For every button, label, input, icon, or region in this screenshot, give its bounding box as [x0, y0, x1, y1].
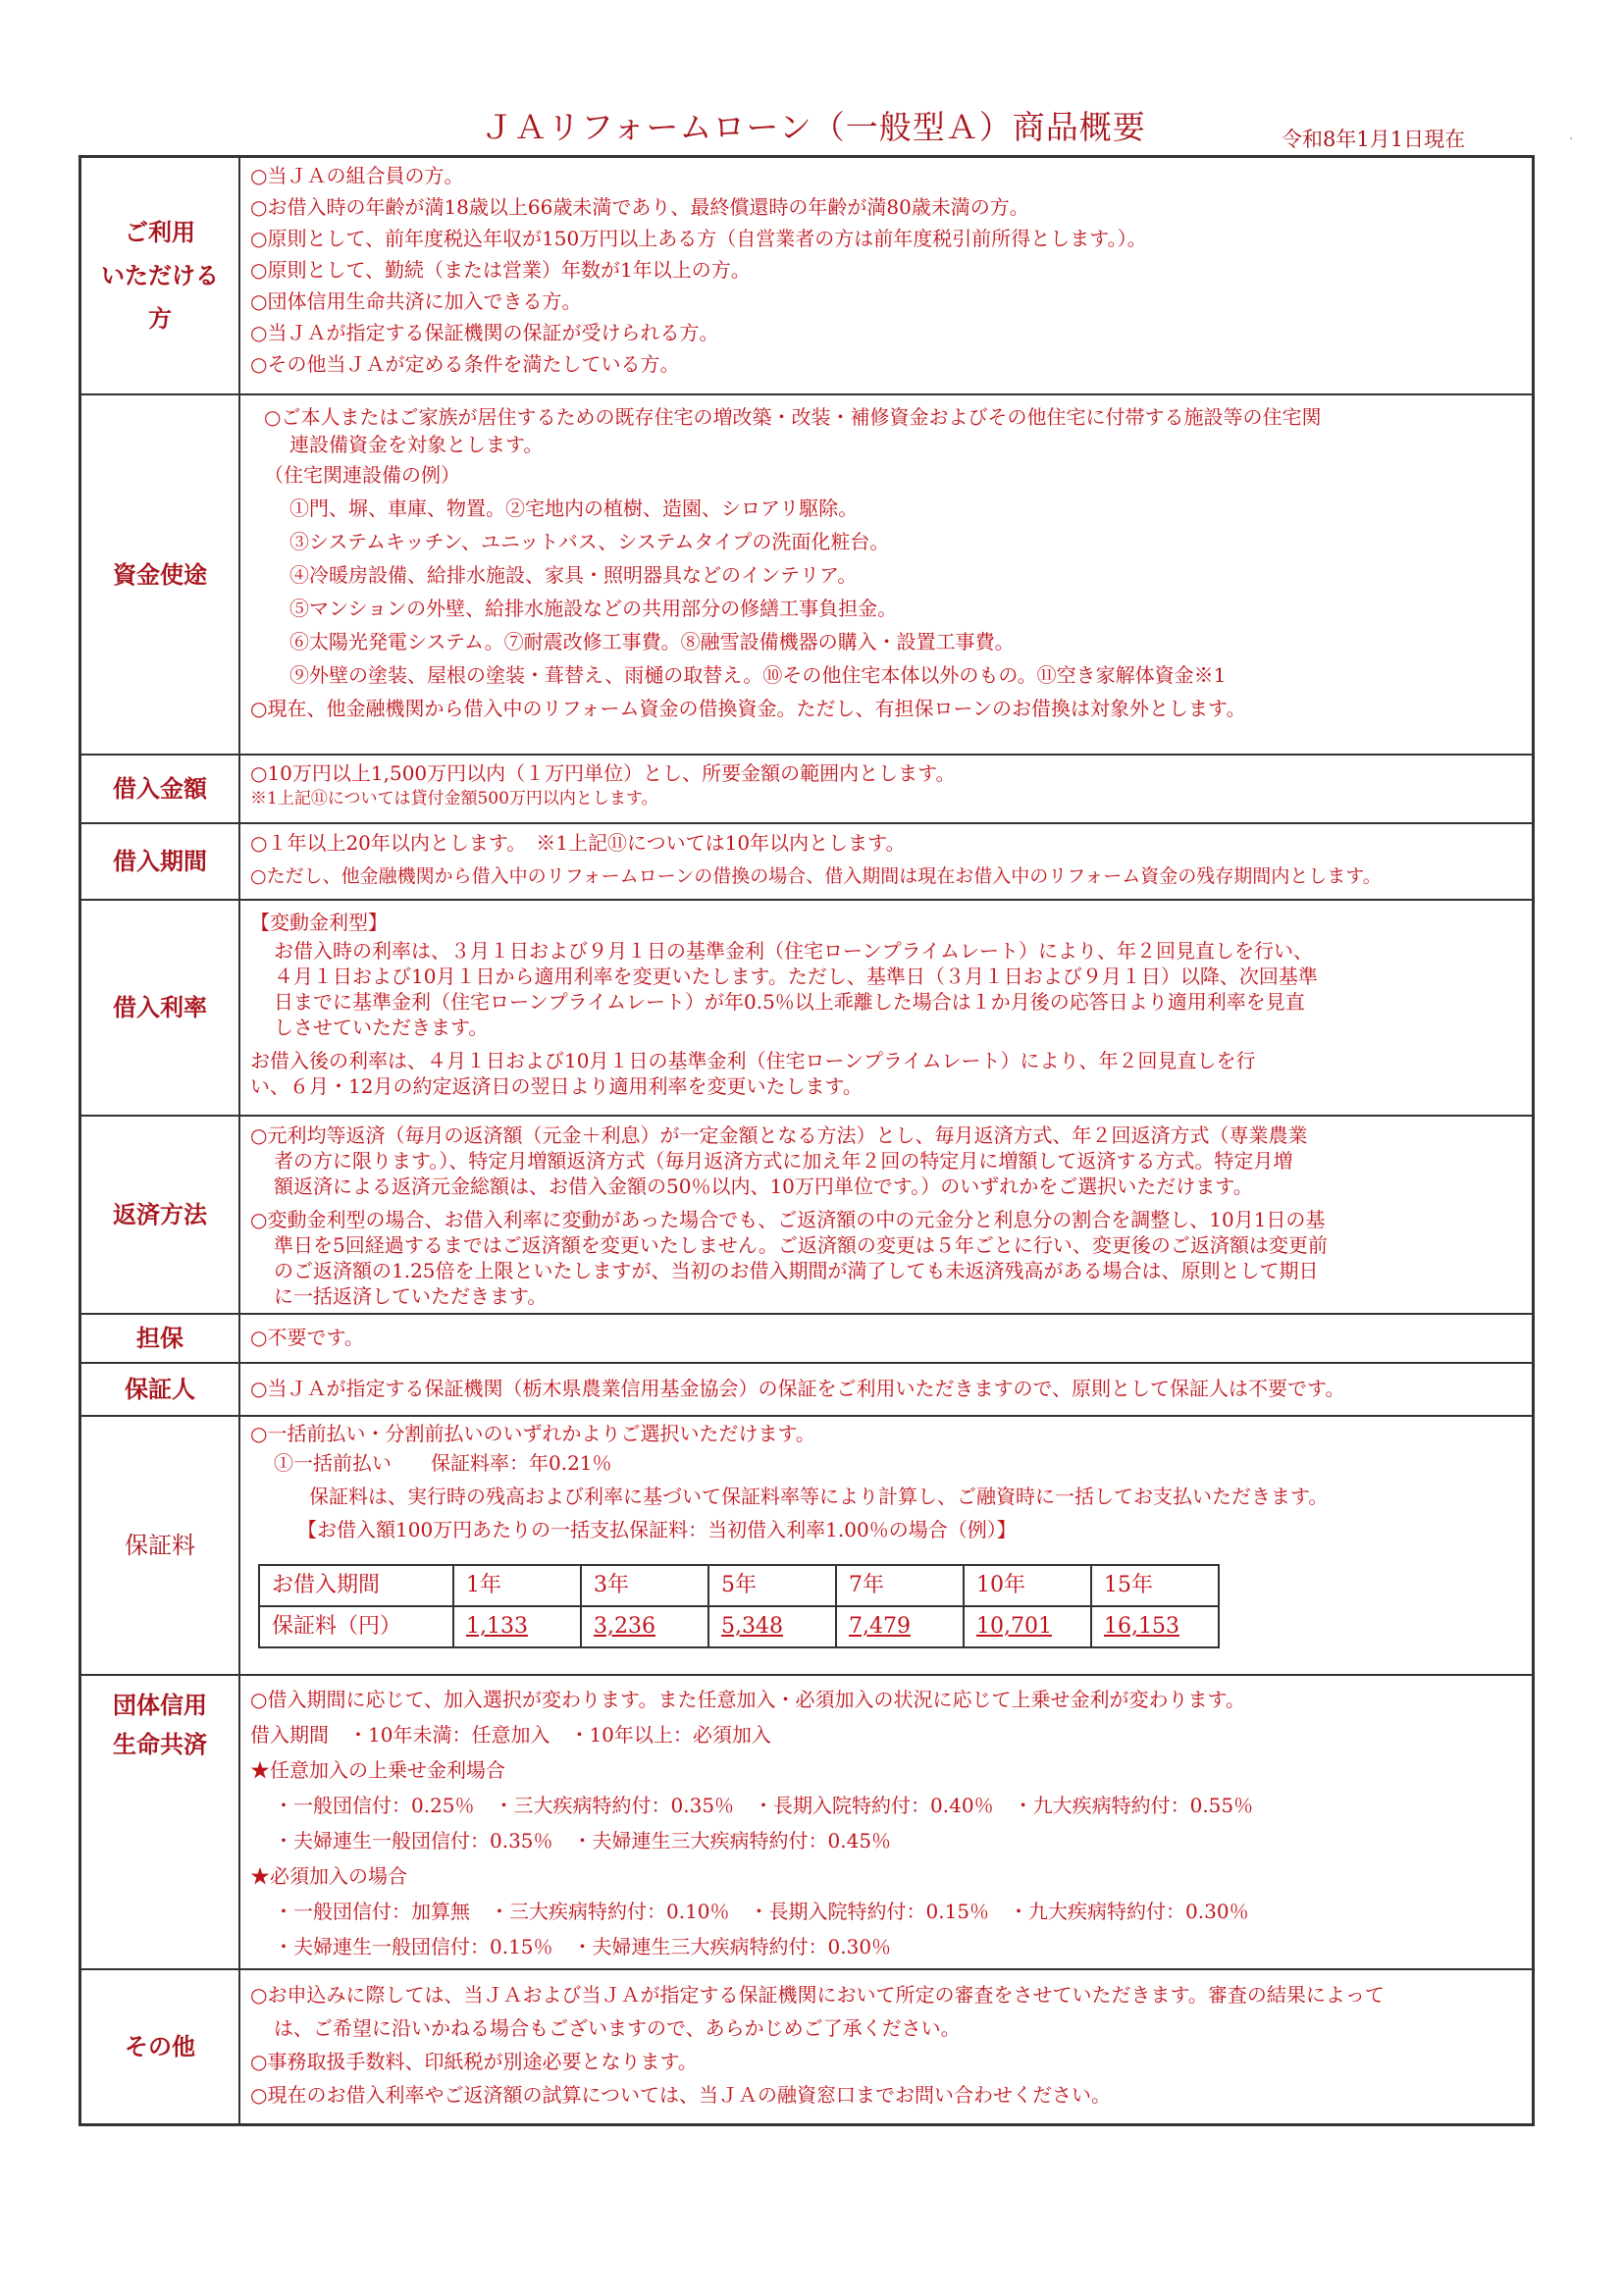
label-eligibility: ご利用 いただける 方 — [81, 158, 240, 393]
row-guarantee-fee: 保証料 ○一括前払い・分割前払いのいずれかよりご選択いただけます。 ①一括前払い… — [81, 1415, 1532, 1674]
purpose-example: ④冷暖房設備、給排水施設、家具・照明器具などのインテリア。 — [250, 558, 1522, 592]
label-purpose: 資金使途 — [81, 395, 240, 754]
fee-value: 5,348 — [721, 1614, 783, 1639]
row-group-insurance: 団体信用 生命共済 ○借入期間に応じて、加入選択が変わります。また任意加入・必須… — [81, 1674, 1532, 1968]
document-title: ＪＡリフォームローン（一般型Ａ）商品概要 — [481, 102, 1146, 148]
content-other: ○お申込みに際しては、当ＪＡおよび当ＪＡが指定する保証機関において所定の審査をさ… — [240, 1970, 1532, 2123]
row-repayment: 返済方法 ○元利均等返済（毎月の返済額（元金＋利息）が一定金額となる方法）とし、… — [81, 1115, 1532, 1313]
content-repayment: ○元利均等返済（毎月の返済額（元金＋利息）が一定金額となる方法）とし、毎月返済方… — [240, 1117, 1532, 1313]
fee-table-term: 7年 — [836, 1565, 964, 1606]
content-guarantor: ○当ＪＡが指定する保証機関（栃木県農業信用基金協会）の保証をご利用いただきますの… — [240, 1364, 1532, 1415]
product-overview-table: ご利用 いただける 方 ○当ＪＡの組合員の方。 ○お借入時の年齢が満18歳以上6… — [79, 155, 1535, 2126]
scan-mark — [1570, 137, 1572, 139]
fee-table-header-label: お借入期間 — [259, 1565, 453, 1606]
label-guarantor: 保証人 — [81, 1364, 240, 1415]
content-collateral: ○不要です。 — [240, 1315, 1532, 1362]
row-other: その他 ○お申込みに際しては、当ＪＡおよび当ＪＡが指定する保証機関において所定の… — [81, 1968, 1532, 2123]
content-guarantee-fee: ○一括前払い・分割前払いのいずれかよりご選択いただけます。 ①一括前払い 保証料… — [240, 1417, 1532, 1674]
purpose-example: ①門、塀、車庫、物置。②宅地内の植樹、造園、シロアリ駆除。 — [250, 492, 1522, 525]
purpose-example: ③システムキッチン、ユニットバス、システムタイプの洗面化粧台。 — [250, 525, 1522, 558]
purpose-example: ⑥太陽光発電システム。⑦耐震改修工事費。⑧融雪設備機器の購入・設置工事費。 — [250, 625, 1522, 658]
content-rate: 【変動金利型】 お借入時の利率は、３月１日および９月１日の基準金利（住宅ローンプ… — [240, 901, 1532, 1115]
eligibility-item: ○当ＪＡの組合員の方。 — [250, 160, 1522, 191]
label-term: 借入期間 — [81, 824, 240, 899]
fee-value: 16,153 — [1104, 1614, 1179, 1639]
fee-table-term: 5年 — [708, 1565, 836, 1606]
eligibility-item: ○その他当ＪＡが定める条件を満たしている方。 — [250, 348, 1522, 380]
label-other: その他 — [81, 1970, 240, 2123]
content-group-insurance: ○借入期間に応じて、加入選択が変わります。また任意加入・必須加入の状況に応じて上… — [240, 1676, 1532, 1968]
fee-table-term: 15年 — [1091, 1565, 1219, 1606]
label-collateral: 担保 — [81, 1315, 240, 1362]
label-amount: 借入金額 — [81, 756, 240, 822]
content-term: ○１年以上20年以内とします。 ※1上記⑪については10年以内とします。 ○ただ… — [240, 824, 1532, 899]
label-repayment: 返済方法 — [81, 1117, 240, 1313]
row-term: 借入期間 ○１年以上20年以内とします。 ※1上記⑪については10年以内とします… — [81, 822, 1532, 899]
row-rate: 借入利率 【変動金利型】 お借入時の利率は、３月１日および９月１日の基準金利（住… — [81, 899, 1532, 1115]
purpose-example: ⑨外壁の塗装、屋根の塗装・葺替え、雨樋の取替え。⑩その他住宅本体以外のもの。⑪空… — [250, 658, 1522, 692]
content-eligibility: ○当ＪＡの組合員の方。 ○お借入時の年齢が満18歳以上66歳未満であり、最終償還… — [240, 158, 1532, 393]
label-group-insurance: 団体信用 生命共済 — [81, 1676, 240, 1968]
eligibility-item: ○お借入時の年齢が満18歳以上66歳未満であり、最終償還時の年齢が満80歳未満の… — [250, 191, 1522, 223]
content-purpose: ○ご本人またはご家族が居住するための既存住宅の増改築・改装・補修資金およびその他… — [240, 395, 1532, 754]
eligibility-item: ○当ＪＡが指定する保証機関の保証が受けられる方。 — [250, 317, 1522, 348]
fee-value: 1,133 — [466, 1614, 528, 1639]
content-amount: ○10万円以上1,500万円以内（１万円単位）とし、所要金額の範囲内とします。 … — [240, 756, 1532, 822]
eligibility-item: ○原則として、勤続（または営業）年数が1年以上の方。 — [250, 254, 1522, 286]
eligibility-item: ○団体信用生命共済に加入できる方。 — [250, 286, 1522, 317]
fee-table-term: 1年 — [453, 1565, 581, 1606]
fee-table-value-row: 保証料（円） 1,133 3,236 5,348 7,479 10,701 16… — [259, 1606, 1219, 1647]
fee-value: 10,701 — [976, 1614, 1052, 1639]
row-guarantor: 保証人 ○当ＪＡが指定する保証機関（栃木県農業信用基金協会）の保証をご利用いただ… — [81, 1362, 1532, 1415]
row-purpose: 資金使途 ○ご本人またはご家族が居住するための既存住宅の増改築・改装・補修資金お… — [81, 393, 1532, 754]
guarantee-fee-table: お借入期間 1年 3年 5年 7年 10年 15年 保証料（円） 1,133 3… — [258, 1564, 1220, 1648]
fee-value: 7,479 — [849, 1614, 911, 1639]
fee-table-term: 3年 — [581, 1565, 708, 1606]
fee-table-header-row: お借入期間 1年 3年 5年 7年 10年 15年 — [259, 1565, 1219, 1606]
fee-table-row-label: 保証料（円） — [259, 1606, 453, 1647]
fee-table-term: 10年 — [964, 1565, 1091, 1606]
as-of-date: 令和8年1月1日現在 — [1282, 124, 1465, 153]
row-collateral: 担保 ○不要です。 — [81, 1313, 1532, 1362]
purpose-example: ⑤マンションの外壁、給排水施設などの共用部分の修繕工事負担金。 — [250, 592, 1522, 625]
label-rate: 借入利率 — [81, 901, 240, 1115]
eligibility-item: ○原則として、前年度税込年収が150万円以上ある方（自営業者の方は前年度税引前所… — [250, 223, 1522, 254]
label-guarantee-fee: 保証料 — [81, 1417, 240, 1674]
fee-value: 3,236 — [594, 1614, 655, 1639]
row-eligibility: ご利用 いただける 方 ○当ＪＡの組合員の方。 ○お借入時の年齢が満18歳以上6… — [81, 158, 1532, 393]
row-amount: 借入金額 ○10万円以上1,500万円以内（１万円単位）とし、所要金額の範囲内と… — [81, 754, 1532, 822]
